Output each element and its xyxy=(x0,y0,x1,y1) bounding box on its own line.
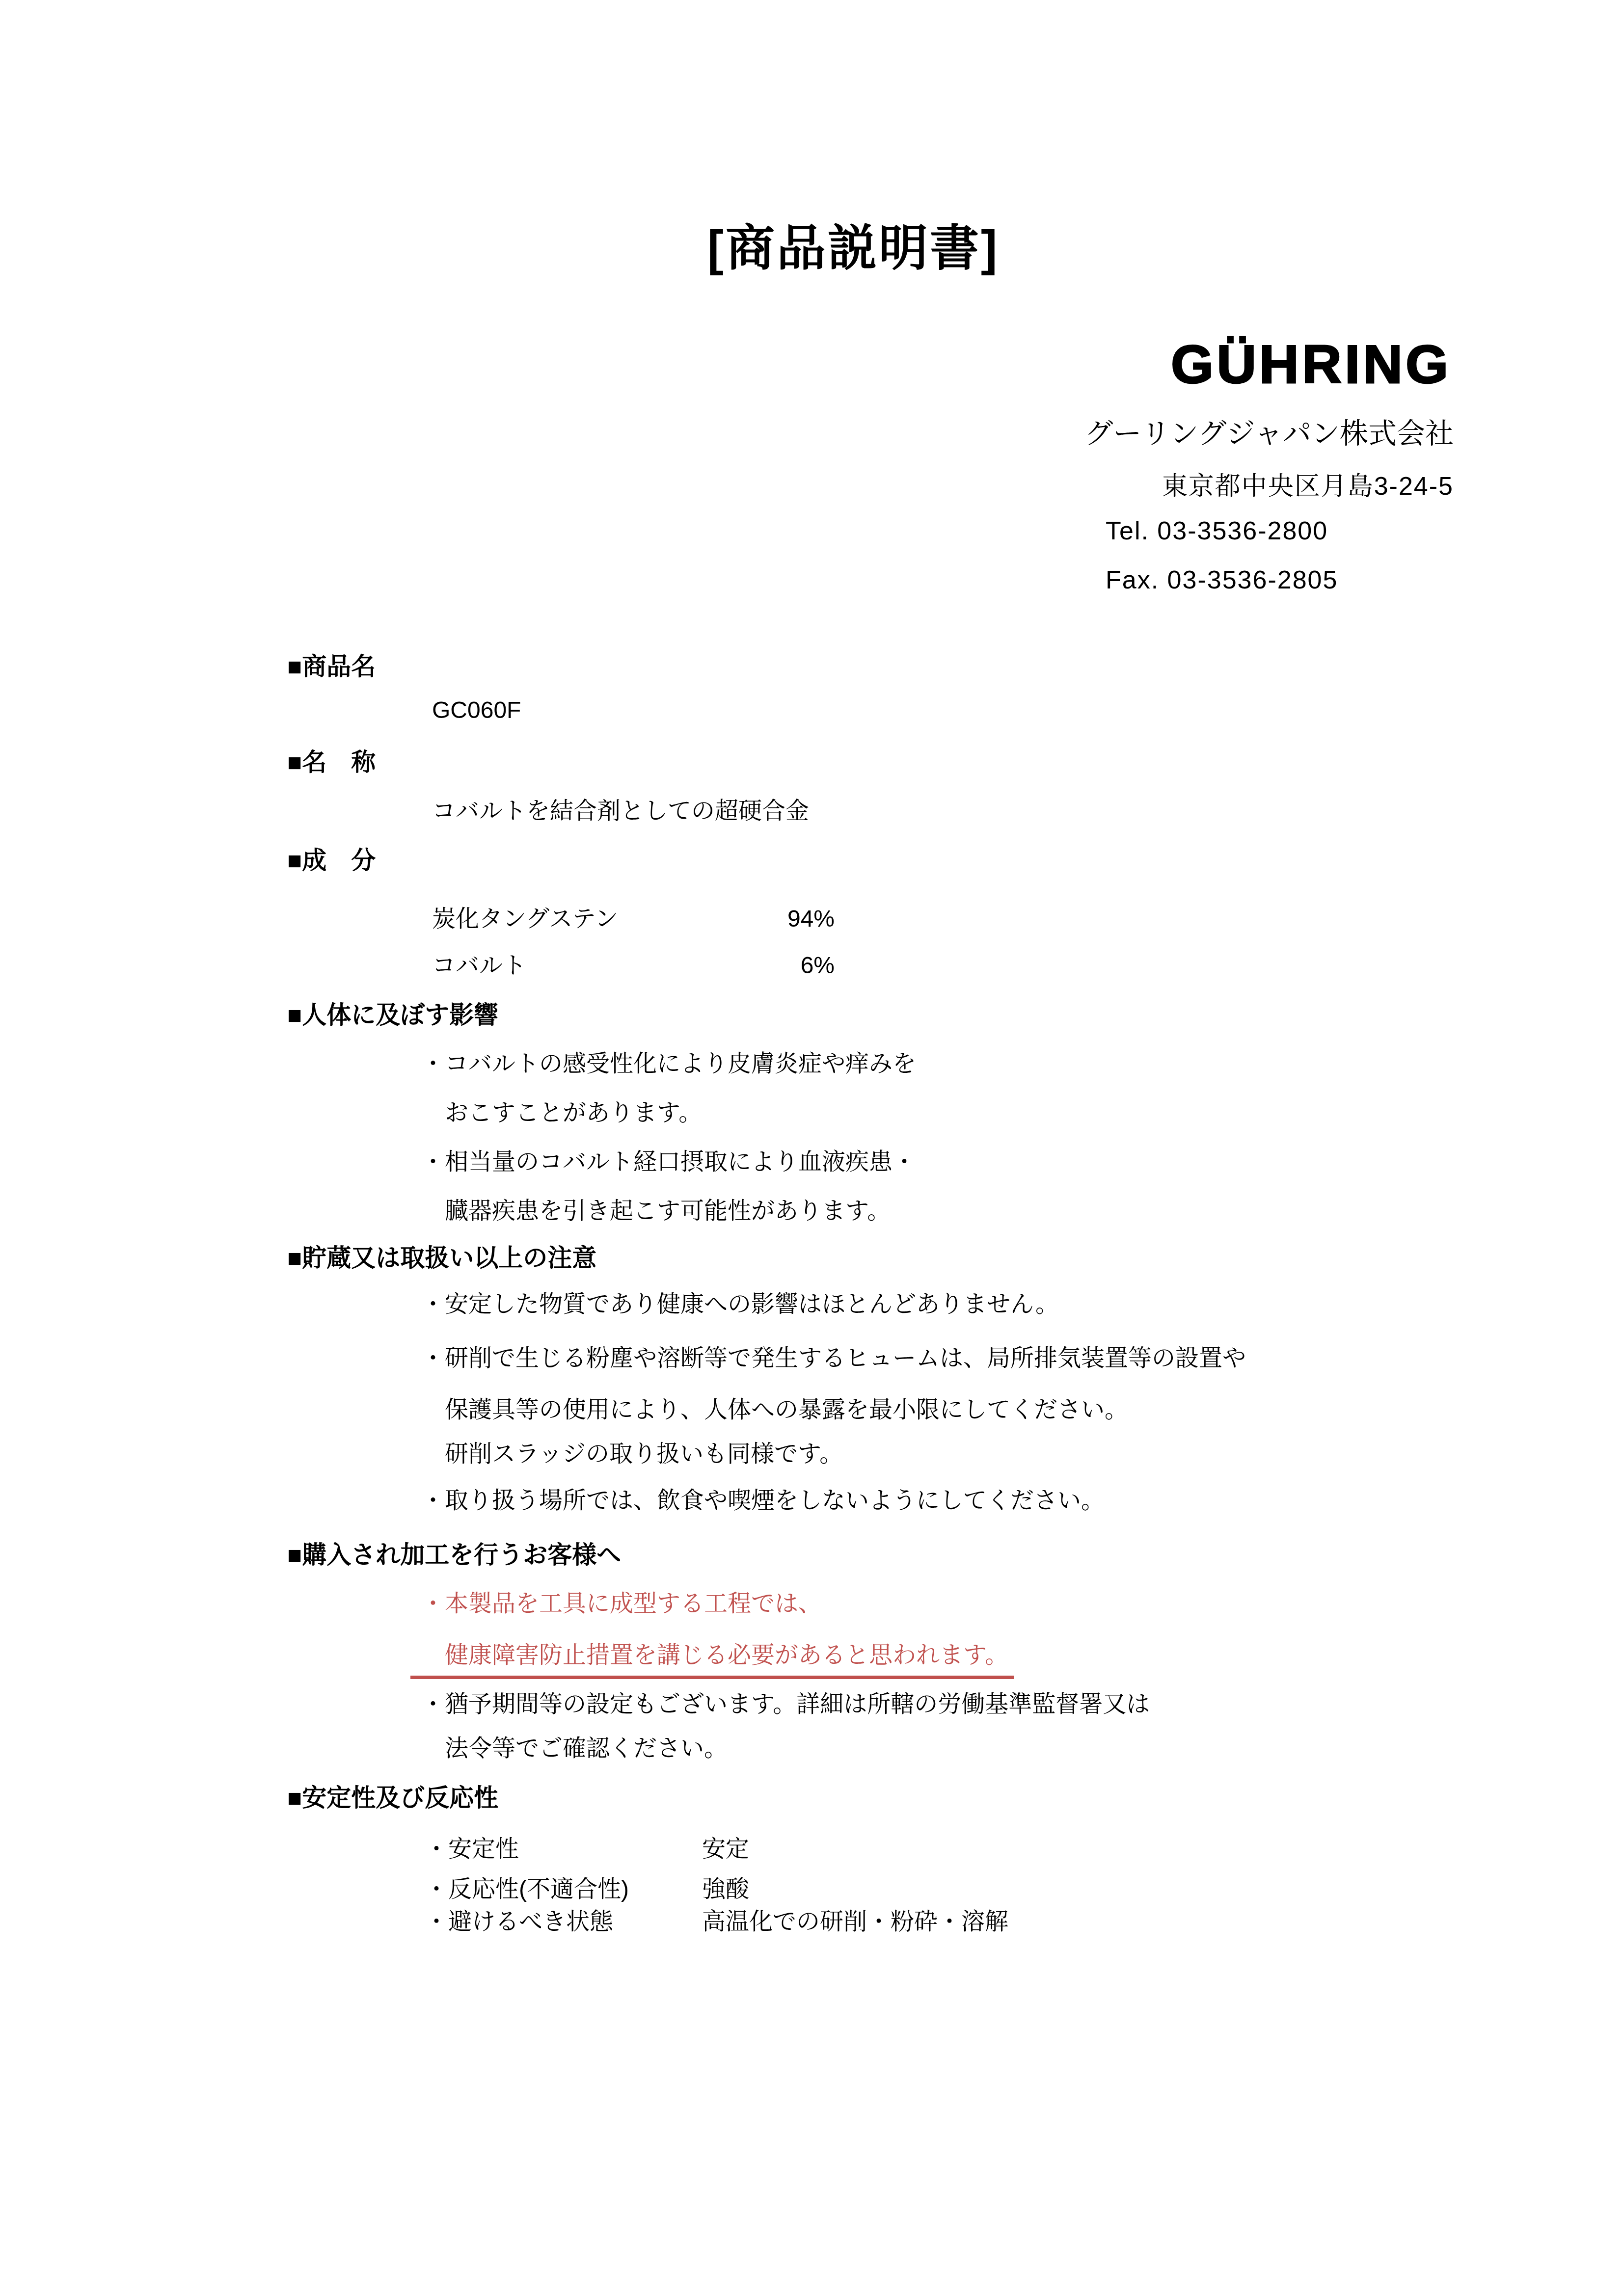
composition-row: 炭化タングステン94% xyxy=(432,906,835,933)
stability-value: 強酸 xyxy=(702,1876,749,1902)
stability-row: ・反応性(不適合性)強酸 xyxy=(425,1876,749,1903)
section-heading-customers: ■購入され加工を行うお客様へ xyxy=(287,1541,621,1570)
guhring-logo: GÜHRING xyxy=(1171,338,1451,392)
bullet-line: ・相当量のコバルト経口摂取により血液疾患・ xyxy=(421,1148,916,1175)
bullet-line: ・コバルトの感受性化により皮膚炎症や痒みを xyxy=(421,1050,916,1077)
document-page: { "doc": { "title": "[商品説明書]" }, "compan… xyxy=(0,0,1623,2296)
stability-value: 高温化での研削・粉砕・溶解 xyxy=(702,1909,1008,1935)
page-title: [商品説明書] xyxy=(42,209,1623,279)
company-address: 東京都中央区月島3-24-5 xyxy=(1162,465,1454,502)
bullet-line: ・猶予期間等の設定もございます。詳細は所轄の労働基準監督署又は xyxy=(421,1691,1150,1718)
bullet-line: ・取り扱う場所では、飲食や喫煙をしないようにしてください。 xyxy=(421,1487,1105,1514)
composition-label: コバルト xyxy=(432,952,776,979)
warning-line-red-underlined: 健康障害防止措置を講じる必要があると思われます。 xyxy=(410,1642,1014,1679)
section-heading-health-effects: ■人体に及ぼす影響 xyxy=(287,1001,498,1030)
product-name-value: GC060F xyxy=(432,697,521,724)
warning-line-red: ・本製品を工具に成型する工程では、 xyxy=(421,1590,822,1617)
continuation-line: 臓器疾患を引き起こす可能性があります。 xyxy=(445,1198,891,1225)
composition-value: 94% xyxy=(776,906,835,933)
continuation-line: 法令等でご確認ください。 xyxy=(445,1735,728,1762)
continuation-line: 保護具等の使用により、人体への暴露を最小限にしてください。 xyxy=(445,1396,1128,1423)
section-heading-stability: ■安定性及び反応性 xyxy=(287,1784,498,1813)
stability-label: ・反応性(不適合性) xyxy=(425,1876,702,1903)
section-heading-name: ■名 称 xyxy=(287,748,376,777)
continuation-line: おこすことがあります。 xyxy=(445,1099,702,1126)
continuation-line: 研削スラッジの取り扱いも同様です。 xyxy=(445,1441,843,1468)
stability-value: 安定 xyxy=(702,1836,749,1862)
company-name: グーリングジャパン株式会社 xyxy=(1084,410,1454,452)
section-heading-composition: ■成 分 xyxy=(287,847,376,875)
stability-row: ・安定性安定 xyxy=(425,1836,749,1863)
bullet-line: ・安定した物質であり健康への影響はほとんどありません。 xyxy=(421,1291,1059,1318)
company-tel: Tel. 03-3536-2800 xyxy=(1106,516,1328,546)
stability-row: ・避けるべき状態高温化での研削・粉砕・溶解 xyxy=(425,1908,1008,1935)
section-heading-storage-handling: ■貯蔵又は取扱い以上の注意 xyxy=(287,1244,596,1273)
section-heading-product-name: ■商品名 xyxy=(287,653,376,681)
company-fax: Fax. 03-3536-2805 xyxy=(1106,565,1338,595)
composition-label: 炭化タングステン xyxy=(432,906,776,933)
composition-row: コバルト6% xyxy=(432,952,835,979)
composition-value: 6% xyxy=(776,952,835,979)
stability-label: ・避けるべき状態 xyxy=(425,1908,702,1935)
bullet-line: ・研削で生じる粉塵や溶断等で発生するヒュームは、局所排気装置等の設置や xyxy=(421,1345,1246,1372)
name-value: コバルトを結合剤としての超硬合金 xyxy=(432,798,809,825)
stability-label: ・安定性 xyxy=(425,1836,702,1863)
underlined-warning-text: 健康障害防止措置を講じる必要があると思われます。 xyxy=(410,1642,1014,1679)
